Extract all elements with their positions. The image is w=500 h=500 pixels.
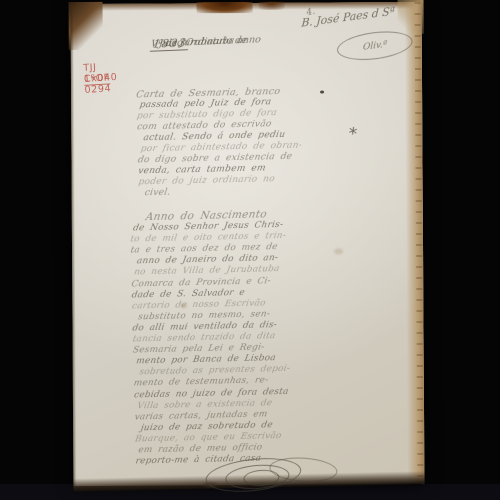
archive-office-code: 1ºOF <box>84 72 111 85</box>
ink-stain-blotch-small <box>259 2 285 10</box>
manuscript-paragraph-2: Anno do Nascimentode Nosso Senhor Jesus … <box>130 208 336 468</box>
foxing-spot <box>334 248 343 254</box>
archival-reference-note: TJJ 1ºOF Cx040 0294 <box>83 61 118 96</box>
manuscript-page: TJJ 1ºOF Cx040 0294 Juizo Ordinario de V… <box>71 2 425 486</box>
circled-annotation: Oliv.ª <box>335 27 414 64</box>
circled-annotation-text: Oliv.ª <box>362 39 387 52</box>
header-inscription: Juizo Ordinario de Vª de Jurubatuba anno… <box>151 30 331 37</box>
margin-asterisk-mark: * <box>347 124 358 145</box>
underlined-year: 1833 <box>150 36 190 52</box>
ink-stain-blotch <box>197 2 253 13</box>
manuscript-paragraph-1: Carta de Sesmaria, brancopassada pelo Ju… <box>136 85 331 199</box>
